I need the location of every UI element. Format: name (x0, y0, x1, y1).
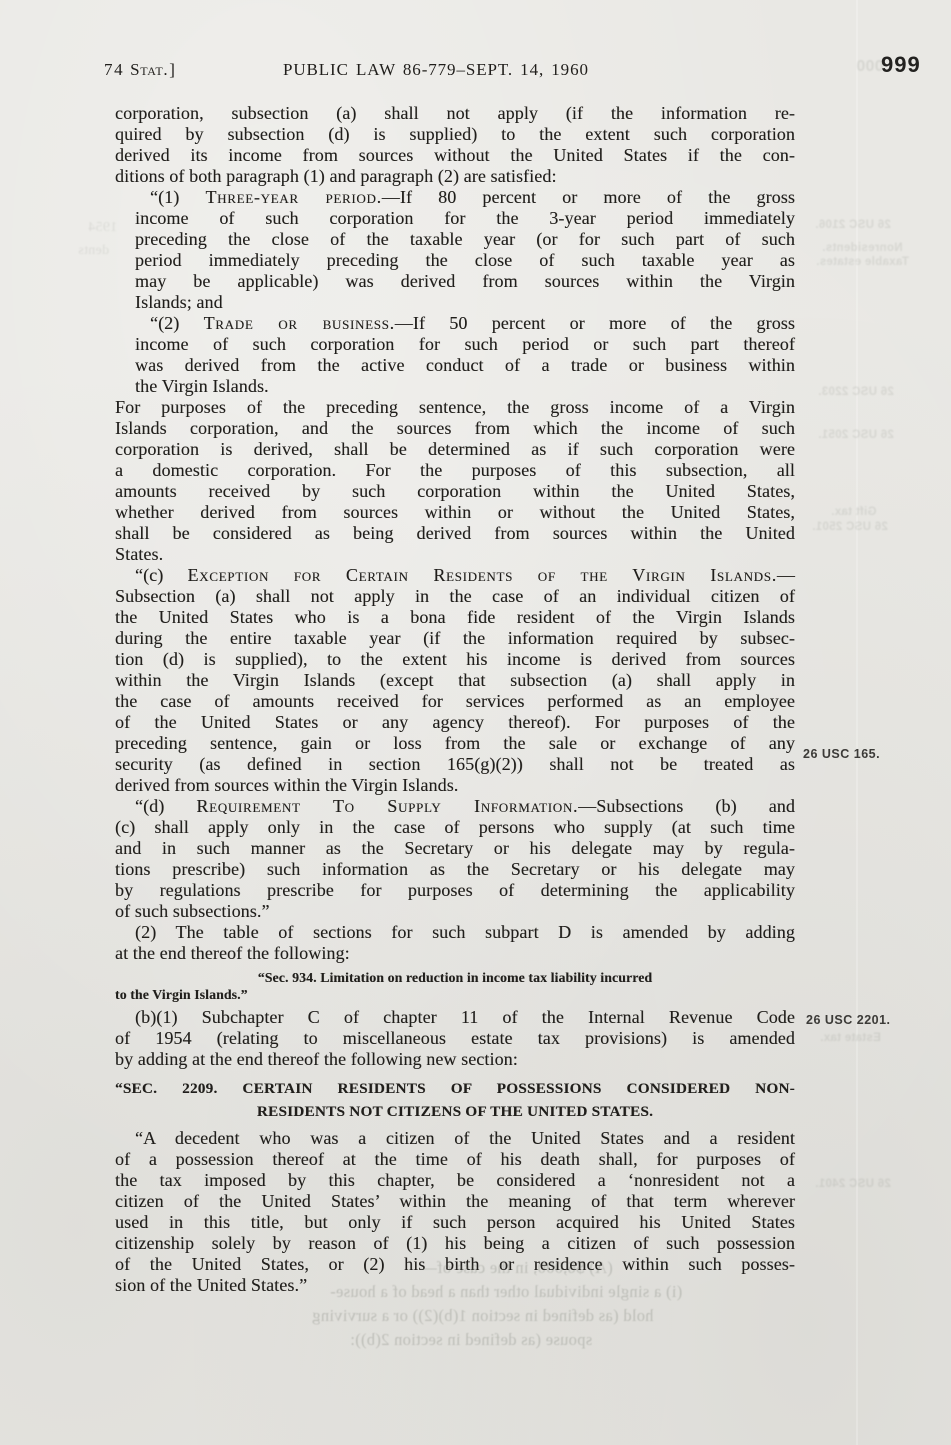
text-line: citizenship solely by reason of (1) his … (115, 1233, 795, 1254)
text-run: tions prescribe) such information as the… (115, 859, 795, 879)
text-line: RESIDENTS NOT CITIZENS OF THE UNITED STA… (115, 1100, 795, 1123)
text-line: of such subsections.” (115, 901, 795, 922)
text-run: Subsection (a) shall not apply in the ca… (115, 586, 795, 606)
text-run: and in such manner as the Secretary or h… (115, 838, 795, 858)
subsection-b1-paragraph: (b)(1) Subchapter C of chapter 11 of the… (115, 1007, 795, 1070)
text-run: within the Virgin Islands (except that s… (115, 670, 795, 690)
text-run: preceding sentence, gain or loss from th… (115, 733, 795, 753)
bleed-through-ghost: 26 USC 2051. (818, 429, 894, 441)
text-line: “(d) Requirement To Supply Information.—… (115, 796, 795, 817)
text-line: at the end thereof the following: (115, 943, 795, 964)
text-run: “(1) (150, 187, 205, 207)
text-run: ditions of both paragraph (1) and paragr… (115, 166, 557, 186)
text-run: (c) shall apply only in the case of pers… (115, 817, 795, 837)
text-line: of 1954 (relating to miscellaneous estat… (115, 1028, 795, 1049)
text-line: “Sec. 934. Limitation on reduction in in… (115, 969, 795, 986)
text-run: RESIDENTS NOT CITIZENS OF THE UNITED STA… (257, 1103, 653, 1120)
text-line: quired by subsection (d) is supplied) to… (115, 124, 795, 145)
bleed-through-ghost: Gift tax. (831, 506, 877, 518)
text-run: by adding at the end thereof the followi… (115, 1049, 518, 1069)
text-line: citizen of the United States’ within the… (115, 1191, 795, 1212)
subsection-d-paragraph: “(d) Requirement To Supply Information.—… (115, 796, 795, 922)
text-run: (b)(1) Subchapter C of chapter 11 of the… (135, 1007, 795, 1027)
text-line: “A decedent who was a citizen of the Uni… (115, 1128, 795, 1149)
bleed-through-page-number-ghost: 000 (856, 58, 884, 76)
text-run: a domestic corporation. For the purposes… (115, 460, 795, 480)
text-run: —If 80 percent or more of the gross (382, 187, 795, 207)
text-line: within the Virgin Islands (except that s… (115, 670, 795, 691)
text-line: of the United States or any agency there… (115, 712, 795, 733)
bleed-through-ghost: 26 USC 2203. (818, 386, 894, 398)
text-run: income of such corporation for the 3-yea… (135, 208, 795, 228)
text-line: the Virgin Islands. (115, 376, 795, 397)
text-line: (2) The table of sections for such subpa… (115, 922, 795, 943)
text-run: “(d) (135, 796, 196, 816)
text-run: derived from sources within the Virgin I… (115, 775, 458, 795)
text-run: citizenship solely by reason of (1) his … (115, 1233, 795, 1253)
running-title: PUBLIC LAW 86-779–SEPT. 14, 1960 (283, 60, 589, 80)
bleed-through-ghost: dents (78, 243, 109, 259)
text-line: whether derived from sources within or w… (115, 502, 795, 523)
sec-934-table-entry: “Sec. 934. Limitation on reduction in in… (115, 964, 795, 1007)
text-run: the case of amounts received for service… (115, 691, 795, 711)
text-line: preceding sentence, gain or loss from th… (115, 733, 795, 754)
text-line: used in this title, but only if such per… (115, 1212, 795, 1233)
subsection-c-paragraph: “(c) Exception for Certain Residents of … (115, 565, 795, 796)
page-number: 999 (881, 52, 921, 78)
volume-citation: 74 Stat.] (104, 60, 176, 80)
text-line: tion (d) is supplied), to the extent his… (115, 649, 795, 670)
bleed-through-ghost: 26 USC 2106. (815, 219, 891, 231)
text-run: “(2) (150, 313, 204, 333)
text-line: income of such corporation for the 3-yea… (115, 208, 795, 229)
text-line: shall be considered as being derived fro… (115, 523, 795, 544)
text-run: was derived from the active conduct of a… (135, 355, 795, 375)
text-line: (b)(1) Subchapter C of chapter 11 of the… (115, 1007, 795, 1028)
body-column: corporation, subsection (a) shall not ap… (115, 103, 795, 1296)
bleed-through-ghost: Taxable estates. (816, 256, 909, 268)
small-caps-label: Trade or business. (204, 313, 395, 333)
text-line: and in such manner as the Secretary or h… (115, 838, 795, 859)
text-run: income of such corporation for such peri… (135, 334, 795, 354)
bleed-through-line: hold (as defined in section 1(b)(2)) or … (312, 1306, 654, 1326)
text-run: corporation, subsection (a) shall not ap… (115, 103, 795, 123)
text-line: Islands corporation, and the sources fro… (115, 418, 795, 439)
volume-stat-smallcaps: Stat (130, 60, 163, 79)
text-run: sion of the United States.” (115, 1275, 307, 1295)
continuation-paragraph: corporation, subsection (a) shall not ap… (115, 103, 795, 187)
text-run: (2) The table of sections for such subpa… (135, 922, 795, 942)
text-run: —Subsections (b) and (578, 796, 795, 816)
text-line: ditions of both paragraph (1) and paragr… (115, 166, 795, 187)
text-run: Islands; and (135, 292, 223, 312)
margin-note-26-usc-165: 26 USC 165. (803, 747, 880, 761)
text-line: Subsection (a) shall not apply in the ca… (115, 586, 795, 607)
text-run: citizen of the United States’ within the… (115, 1191, 795, 1211)
text-line: by adding at the end thereof the followi… (115, 1049, 795, 1070)
volume-prefix: 74 (104, 60, 130, 79)
bleed-through-line: spouse (as defined in section 2(b)): (350, 1330, 592, 1350)
text-run: “SEC. 2209. CERTAIN RESIDENTS OF POSSESS… (115, 1080, 795, 1097)
text-line: a domestic corporation. For the purposes… (115, 460, 795, 481)
text-line: tions prescribe) such information as the… (115, 859, 795, 880)
text-run: of a possession thereof at the time of h… (115, 1149, 795, 1169)
text-line: corporation, subsection (a) shall not ap… (115, 103, 795, 124)
text-run: the tax imposed by this chapter, be cons… (115, 1170, 795, 1190)
text-run: quired by subsection (d) is supplied) to… (115, 124, 795, 144)
text-line: States. (115, 544, 795, 565)
bleed-through-ghost: 26 USC 2501. (812, 521, 888, 533)
text-run: corporation is derived, shall be determi… (115, 439, 795, 459)
text-line: of a possession thereof at the time of h… (115, 1149, 795, 1170)
text-line: by regulations prescribe for purposes of… (115, 880, 795, 901)
text-run: For purposes of the preceding sentence, … (115, 397, 795, 417)
margin-note-26-usc-2201: 26 USC 2201. (806, 1013, 891, 1027)
text-run: “A decedent who was a citizen of the Uni… (135, 1128, 795, 1148)
bleed-through-ghost: 26 USC 2401. (815, 1178, 891, 1190)
small-caps-label: Three-year period. (205, 187, 381, 207)
text-run: of such subsections.” (115, 901, 270, 921)
text-line: “SEC. 2209. CERTAIN RESIDENTS OF POSSESS… (115, 1077, 795, 1100)
bleed-through-line: (i) a single individual other than a hea… (330, 1282, 682, 1302)
statute-page: 74 Stat.] PUBLIC LAW 86-779–SEPT. 14, 19… (0, 0, 951, 1445)
text-run: used in this title, but only if such per… (115, 1212, 795, 1232)
text-line: the tax imposed by this chapter, be cons… (115, 1170, 795, 1191)
text-line: derived its income from sources without … (115, 145, 795, 166)
scan-seam-artifact (856, 0, 858, 1445)
text-line: income of such corporation for such peri… (115, 334, 795, 355)
text-run: “Sec. 934. Limitation on reduction in in… (258, 970, 652, 985)
text-run: of the United States or any agency there… (115, 712, 795, 732)
bleed-through-line: (A) $6,000, in the case of— (420, 1258, 613, 1278)
bleed-through-ghost: Nonresidents. (822, 242, 903, 254)
small-caps-label: Requirement To Supply Information. (196, 796, 578, 816)
text-run: at the end thereof the following: (115, 943, 350, 963)
text-line: Islands; and (115, 292, 795, 313)
volume-suffix: .] (163, 60, 176, 79)
text-line: “(2) Trade or business.—If 50 percent or… (115, 313, 795, 334)
text-run: tion (d) is supplied), to the extent his… (115, 649, 795, 669)
clause-1-three-year-period: “(1) Three-year period.—If 80 percent or… (115, 187, 795, 313)
text-run: of 1954 (relating to miscellaneous estat… (115, 1028, 795, 1048)
text-run: preceding the close of the taxable year … (135, 229, 795, 249)
text-line: during the entire taxable year (if the i… (115, 628, 795, 649)
text-run: during the entire taxable year (if the i… (115, 628, 795, 648)
text-run: “(c) (135, 565, 187, 585)
text-line: period immediately preceding the close o… (115, 250, 795, 271)
text-line: derived from sources within the Virgin I… (115, 775, 795, 796)
text-line: “(c) Exception for Certain Residents of … (115, 565, 795, 586)
sec-2209-heading: “SEC. 2209. CERTAIN RESIDENTS OF POSSESS… (115, 1070, 795, 1128)
text-run: the Virgin Islands. (135, 376, 269, 396)
text-run: whether derived from sources within or w… (115, 502, 795, 522)
text-run: may be applicable) was derived from sour… (135, 271, 795, 291)
text-run: —If 50 percent or more of the gross (395, 313, 795, 333)
small-caps-label: Exception for Certain Residents of the V… (187, 565, 776, 585)
text-line: “(1) Three-year period.—If 80 percent or… (115, 187, 795, 208)
text-run: shall be considered as being derived fro… (115, 523, 795, 543)
text-run: security (as defined in section 165(g)(2… (115, 754, 795, 774)
text-line: may be applicable) was derived from sour… (115, 271, 795, 292)
text-run: States. (115, 544, 163, 564)
text-line: the case of amounts received for service… (115, 691, 795, 712)
text-line: amounts received by such corporation wit… (115, 481, 795, 502)
text-run: to the Virgin Islands.” (115, 987, 248, 1002)
clause-2-trade-or-business: “(2) Trade or business.—If 50 percent or… (115, 313, 795, 397)
text-run: amounts received by such corporation wit… (115, 481, 795, 501)
flush-sentence-paragraph: For purposes of the preceding sentence, … (115, 397, 795, 565)
bleed-through-ghost: 1954 (88, 220, 117, 236)
bleed-through-ghost: Estate tax. (820, 1032, 881, 1044)
text-line: For purposes of the preceding sentence, … (115, 397, 795, 418)
text-run: by regulations prescribe for purposes of… (115, 880, 795, 900)
table-of-sections-amendment: (2) The table of sections for such subpa… (115, 922, 795, 964)
text-line: (c) shall apply only in the case of pers… (115, 817, 795, 838)
text-run: Islands corporation, and the sources fro… (115, 418, 795, 438)
text-line: preceding the close of the taxable year … (115, 229, 795, 250)
text-line: security (as defined in section 165(g)(2… (115, 754, 795, 775)
text-line: to the Virgin Islands.” (115, 986, 795, 1003)
text-line: the United States who is a bona fide res… (115, 607, 795, 628)
text-run: the United States who is a bona fide res… (115, 607, 795, 627)
text-line: was derived from the active conduct of a… (115, 355, 795, 376)
text-run: — (777, 565, 795, 585)
text-line: corporation is derived, shall be determi… (115, 439, 795, 460)
text-run: period immediately preceding the close o… (135, 250, 795, 270)
text-run: derived its income from sources without … (115, 145, 795, 165)
